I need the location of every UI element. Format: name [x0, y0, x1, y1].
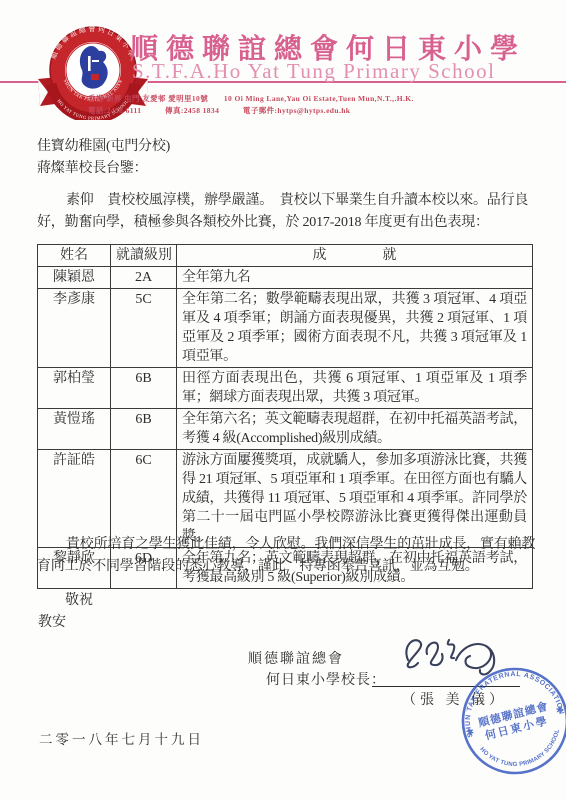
student-grade: 5C	[111, 289, 177, 368]
student-name: 李彥康	[38, 289, 111, 368]
school-name-en: S.T.F.A.Ho Yat Tung Primary School	[132, 59, 562, 84]
table-row: 許証皓 6C 游泳方面屢獲獎項，成就驕人，參加多項游泳比賽，共獲得 21 項冠軍…	[38, 450, 533, 548]
salute-jiaoan: 教安	[38, 611, 66, 631]
table-row: 郭柏瑩 6B 田徑方面表現出色，共獲 6 項冠軍、1 項亞軍及 1 項季軍；網球…	[38, 368, 533, 409]
logo-emblem-shape	[80, 46, 108, 89]
student-achievement: 全年第二名；數學範疇表現出眾，共獲 3 項冠軍、4 項亞軍及 4 項季軍；朗誦方…	[177, 289, 533, 368]
school-address: 香港 新界 屯門 友愛邨 愛明里10號 10 Oi Ming Lane,Yau …	[88, 93, 548, 104]
salute-jingzhu: 敬祝	[65, 589, 93, 609]
recipient-principal: 蔣燦華校長台鑒：	[37, 158, 147, 180]
student-achievement: 全年第九名	[177, 267, 533, 289]
col-header-achievement: 成 就	[177, 245, 533, 267]
student-grade: 6B	[111, 409, 177, 450]
student-name: 許証皓	[38, 450, 111, 548]
signature-association: 順德聯誼總會	[248, 648, 344, 668]
student-achievement: 游泳方面屢獲獎項，成就驕人，參加多項游泳比賽，共獲得 21 項冠軍、5 項亞軍和…	[177, 450, 533, 548]
recipient-school: 佳寶幼稚園(屯門分校)	[37, 136, 170, 158]
student-achievement: 田徑方面表現出色，共獲 6 項冠軍、1 項亞軍及 1 項季軍；網球方面表現出眾，…	[177, 368, 533, 409]
opening-paragraph-line2: 好，勤奮向學，積極參與各類校外比賽，於 2017-2018 年度更有出色表現：	[37, 212, 489, 234]
stamp-star-right: ✱	[555, 704, 565, 716]
letter-date: 二零一八年七月十九日	[39, 728, 204, 748]
student-grade: 2A	[111, 267, 177, 289]
closing-paragraph-line2: 育同工於不同學習階段的悉心教導，謹此 特專函奉告喜訊，並為互勉。	[37, 556, 479, 578]
school-contact: 電話:2458 6111 傳真:2458 1834 電子郵件:hytps@hyt…	[88, 105, 548, 116]
letter-page: 順德聯誼總會何日東小學 SHUN TAK FRATERNAL ASSN HO Y…	[0, 0, 566, 800]
stamp-star-left: ✱	[465, 726, 475, 738]
table-row: 黃愷瑤 6B 全年第六名；英文範疇表現超群，在初中托福英語考試，考獲 4 級(A…	[38, 409, 533, 450]
col-header-grade: 就讀級別	[111, 245, 177, 267]
opening-paragraph-line1: 素仰 貴校校風淳樸，辦學嚴謹。 貴校以下畢業生自升讀本校以來。品行良	[37, 190, 528, 212]
col-header-name: 姓名	[38, 245, 111, 267]
closing-paragraph-line1: 貴校所培育之學生獲此佳績，令人欣慰。我們深信學生的茁壯成長，實有賴教	[37, 534, 535, 556]
student-name: 陳穎恩	[38, 267, 111, 289]
signature-principal-label: 何日東小學校長：	[266, 669, 386, 689]
table-row: 李彥康 5C 全年第二名；數學範疇表現出眾，共獲 3 項冠軍、4 項亞軍及 4 …	[38, 289, 533, 368]
student-achievement: 全年第六名；英文範疇表現超群，在初中托福英語考試，考獲 4 級(Accompli…	[177, 409, 533, 450]
table-header-row: 姓名 就讀級別 成 就	[38, 245, 533, 267]
student-name: 黃愷瑤	[38, 409, 111, 450]
student-name: 郭柏瑩	[38, 368, 111, 409]
student-grade: 6C	[111, 450, 177, 548]
table-row: 陳穎恩 2A 全年第九名	[38, 267, 533, 289]
student-grade: 6B	[111, 368, 177, 409]
